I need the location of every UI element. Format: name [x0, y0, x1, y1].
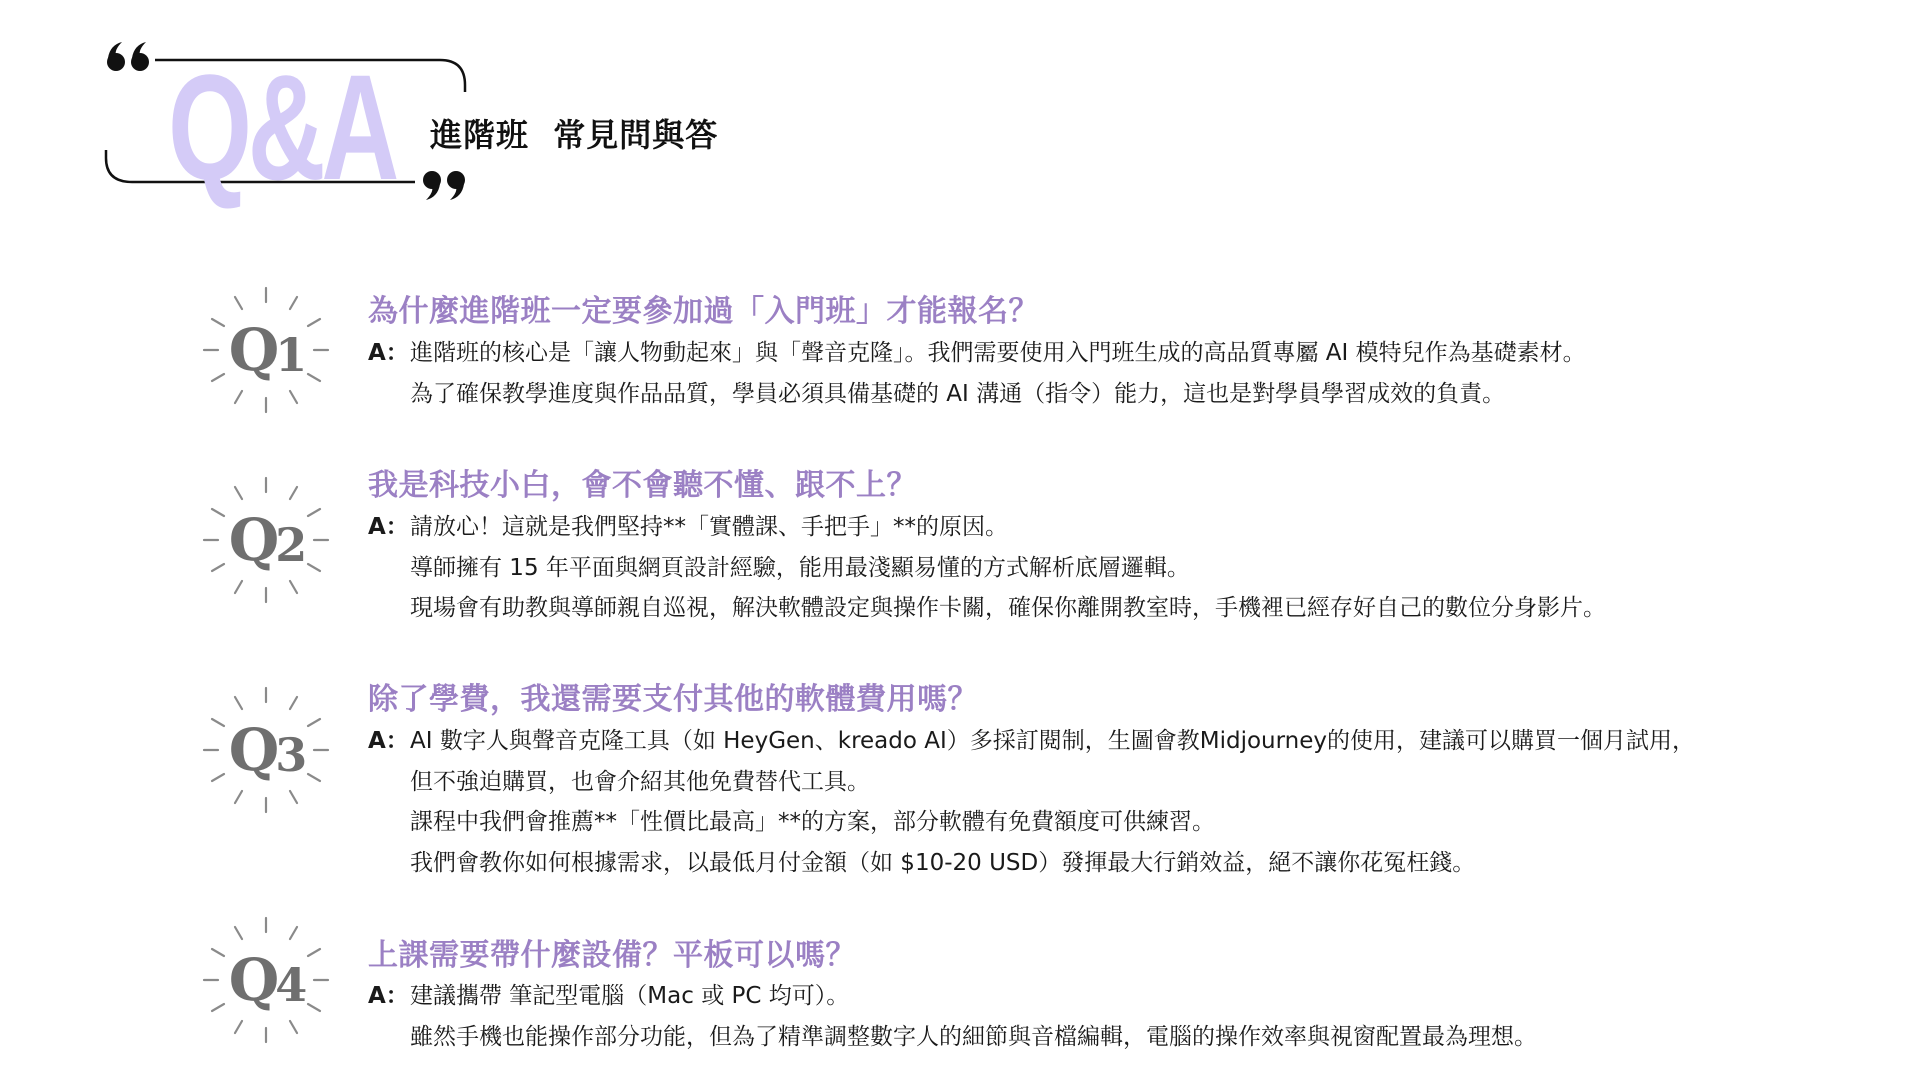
open-quote-icon: [107, 42, 149, 71]
answer-line: A：進階班的核心是「讓人物動起來」與「聲音克隆」。我們需要使用入門班生成的高品質…: [368, 333, 1586, 374]
answer-2: A：請放心！這就是我們堅持**「實體課、手把手」**的原因。 導師擁有 15 年…: [368, 507, 1606, 629]
q1-badge: Q1: [198, 282, 334, 418]
question-3: 除了學費，我還需要支付其他的軟體費用嗎？: [368, 674, 978, 718]
question-1: 為什麼進階班一定要參加過「入門班」才能報名？: [368, 286, 1039, 330]
q4-badge: Q4: [198, 912, 334, 1048]
page-header: Q&A 進階班 常見問與答: [0, 0, 800, 220]
answer-line: A：請放心！這就是我們堅持**「實體課、手把手」**的原因。: [368, 507, 1606, 548]
answer-line: 但不強迫購買，也會介紹其他免費替代工具。: [368, 762, 1695, 803]
answer-line: 課程中我們會推薦**「性價比最高」**的方案，部分軟體有免費額度可供練習。: [368, 802, 1695, 843]
answer-line: 現場會有助教與導師親自巡視，解決軟體設定與操作卡關，確保你離開教室時，手機裡已經…: [368, 588, 1606, 629]
answer-line: 我們會教你如何根據需求，以最低月付金額（如 $10-20 USD）發揮最大行銷效…: [368, 843, 1695, 884]
answer-line: 為了確保教學進度與作品品質，學員必須具備基礎的 AI 溝通（指令）能力，這也是對…: [368, 374, 1586, 415]
qa-logo: Q&A: [168, 52, 395, 202]
answer-3: A：AI 數字人與聲音克隆工具（如 HeyGen、kreado AI）多採訂閱制…: [368, 721, 1695, 883]
q3-label: Q3: [198, 682, 334, 818]
answer-line: A：AI 數字人與聲音克隆工具（如 HeyGen、kreado AI）多採訂閱制…: [368, 721, 1695, 762]
q3-badge: Q3: [198, 682, 334, 818]
q2-badge: Q2: [198, 472, 334, 608]
q4-label: Q4: [198, 912, 334, 1048]
answer-1: A：進階班的核心是「讓人物動起來」與「聲音克隆」。我們需要使用入門班生成的高品質…: [368, 333, 1586, 414]
question-4: 上課需要帶什麼設備？平板可以嗎？: [368, 930, 856, 974]
answer-line: 導師擁有 15 年平面與網頁設計經驗，能用最淺顯易懂的方式解析底層邏輯。: [368, 548, 1606, 589]
q2-label: Q2: [198, 472, 334, 608]
page-title: 進階班 常見問與答: [430, 110, 718, 156]
question-2: 我是科技小白，會不會聽不懂、跟不上？: [368, 460, 917, 504]
answer-line: 雖然手機也能操作部分功能，但為了精準調整數字人的細節與音檔編輯，電腦的操作效率與…: [368, 1017, 1537, 1058]
q1-label: Q1: [198, 282, 334, 418]
answer-4: A：建議攜帶 筆記型電腦（Mac 或 PC 均可）。 雖然手機也能操作部分功能，…: [368, 976, 1537, 1057]
answer-line: A：建議攜帶 筆記型電腦（Mac 或 PC 均可）。: [368, 976, 1537, 1017]
close-quote-icon: [423, 171, 465, 200]
